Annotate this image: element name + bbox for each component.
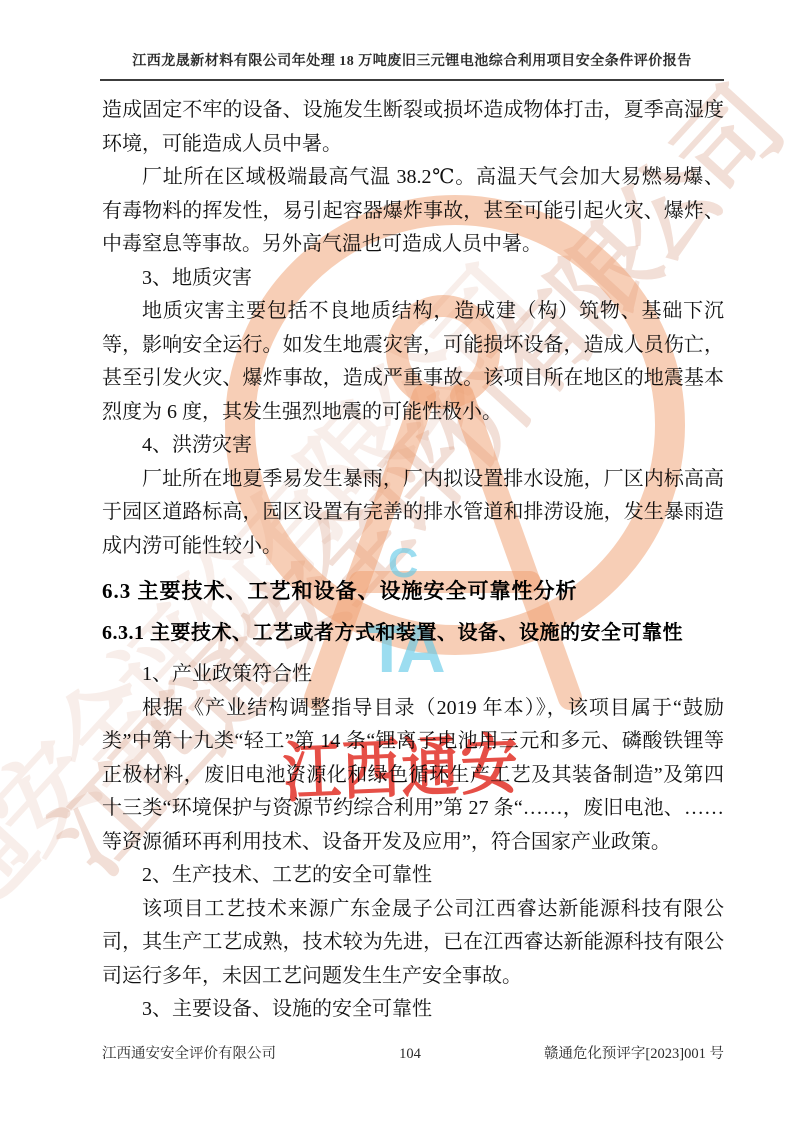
- subsection-heading-6-3-1: 6.3.1 主要技术、工艺或者方式和装置、设备、设施的安全可靠性: [102, 617, 724, 651]
- section-heading-6-3: 6.3 主要技术、工艺和设备、设施安全可靠性分析: [102, 575, 724, 609]
- list-item-heading: 2、生产技术、工艺的安全可靠性: [102, 859, 724, 893]
- list-item-heading: 3、主要设备、设施的安全可靠性: [102, 993, 724, 1027]
- body-paragraph: 厂址所在区域极端最高气温 38.2℃。高温天气会加大易燃易爆、有毒物料的挥发性，…: [102, 161, 724, 262]
- body-paragraph: 厂址所在地夏季易发生暴雨，厂内拟设置排水设施，厂区内标高高于园区道路标高，园区设…: [102, 463, 724, 564]
- footer-company: 江西通安安全评价有限公司: [102, 1042, 276, 1063]
- list-item-heading: 1、产业政策符合性: [102, 658, 724, 692]
- footer-doc-number: 赣通危化预评字[2023]001 号: [544, 1042, 724, 1063]
- list-item-heading: 4、洪涝灾害: [102, 429, 724, 463]
- report-page: 江西龙晟新材料有限公司年处理 18 万吨废旧三元锂电池综合利用项目安全条件评价报…: [0, 0, 800, 1131]
- page-number: 104: [399, 1046, 421, 1063]
- body-paragraph: 该项目工艺技术来源广东金晟子公司江西睿达新能源科技有限公司，其生产工艺成熟，技术…: [102, 893, 724, 994]
- body-paragraph: 地质灾害主要包括不良地质结构，造成建（构）筑物、基础下沉等，影响安全运行。如发生…: [102, 295, 724, 429]
- body-paragraph: 根据《产业结构调整指导目录（2019 年本）》，该项目属于“鼓励类”中第十九类“…: [102, 692, 724, 860]
- body-paragraph: 造成固定不牢的设备、设施发生断裂或损坏造成物体打击，夏季高湿度环境，可能造成人员…: [102, 94, 724, 161]
- document-body: 造成固定不牢的设备、设施发生断裂或损坏造成物体打击，夏季高湿度环境，可能造成人员…: [102, 94, 724, 1027]
- page-header: 江西龙晟新材料有限公司年处理 18 万吨废旧三元锂电池综合利用项目安全条件评价报…: [100, 50, 724, 81]
- report-title: 江西龙晟新材料有限公司年处理 18 万吨废旧三元锂电池综合利用项目安全条件评价报…: [132, 54, 692, 69]
- list-item-heading: 3、地质灾害: [102, 262, 724, 296]
- page-footer: 江西通安安全评价有限公司 104 赣通危化预评字[2023]001 号: [102, 1042, 724, 1063]
